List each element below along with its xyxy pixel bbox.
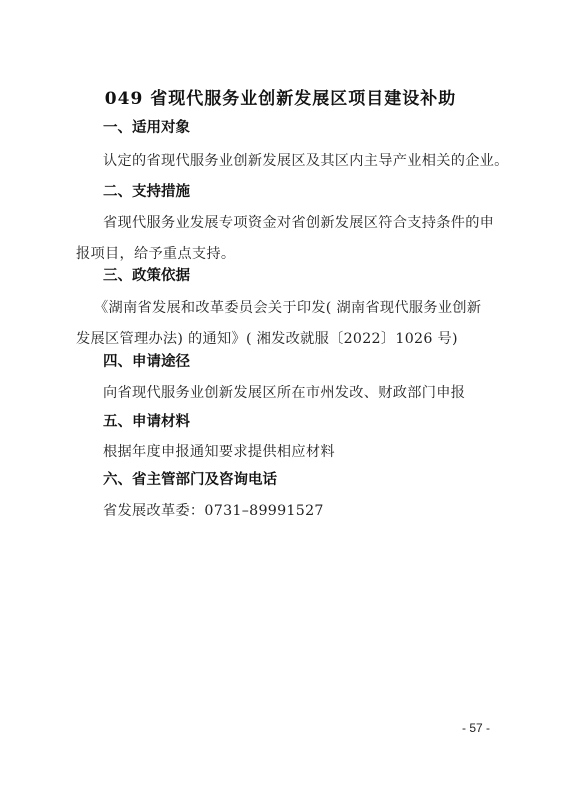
document-title: 049 省现代服务业创新发展区项目建设补助 (0, 84, 561, 109)
section-3-text-line-1: 《湖南省发展和改革委员会关于印发( 湖南省现代服务业创新 (94, 297, 481, 317)
section-3-text-line-2: 发展区管理办法) 的通知》( 湘发改就服〔2022〕1026 号) (76, 328, 458, 348)
section-heading-4: 四、申请途径 (103, 350, 190, 371)
section-heading-2: 二、支持措施 (103, 180, 190, 201)
section-1-text: 认定的省现代服务业创新发展区及其区内主导产业相关的企业。 (103, 150, 509, 170)
section-2-text-line-1: 省现代服务业发展专项资金对省创新发展区符合支持条件的申 (103, 212, 494, 232)
section-4-text: 向省现代服务业创新发展区所在市州发改、财政部门申报 (103, 382, 465, 402)
section-heading-3: 三、政策依据 (103, 264, 190, 285)
section-2-text-line-2: 报项目，给予重点支持。 (76, 243, 235, 263)
section-5-text: 根据年度申报通知要求提供相应材料 (103, 441, 335, 461)
page-number: - 57 - (462, 721, 490, 735)
section-heading-6: 六、省主管部门及咨询电话 (103, 468, 277, 489)
section-heading-1: 一、适用对象 (103, 116, 190, 137)
section-heading-5: 五、申请材料 (103, 410, 190, 431)
section-6-text: 省发展改革委：0731–89991527 (103, 500, 324, 520)
